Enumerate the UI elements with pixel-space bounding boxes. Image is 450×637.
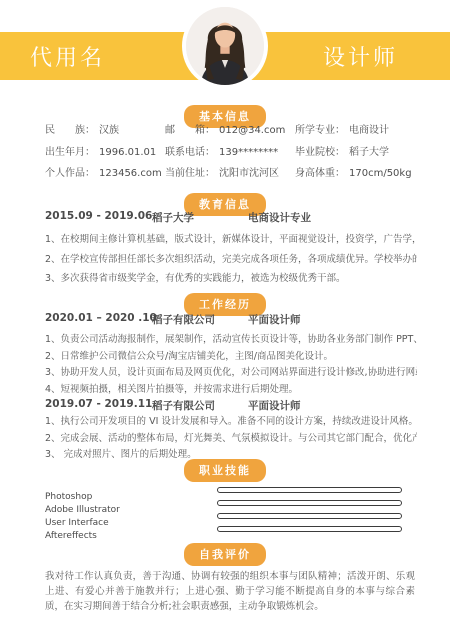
info-row-address: 当前住址：沈阳市沈河区 — [165, 164, 295, 186]
job2-header-row: 2019.07 - 2019.11 稻子有限公司 平面设计师 — [45, 398, 415, 413]
info-row-phone: 联系电话：139******** — [165, 143, 295, 165]
info-value: 汉族 — [99, 125, 119, 136]
job-detail-line: 3、协助开发人员，设计页面布局及网页优化，对公司网站界面进行设计修改,协助进行网… — [45, 364, 417, 381]
education-detail-line: 1、在校期间主修计算机基础，版式设计，新媒体设计，平面视觉设计，投资学，广告学，… — [45, 231, 417, 251]
section-badge-skills: 职业技能 — [184, 459, 266, 482]
skill-bar — [217, 500, 402, 506]
info-row-portfolio: 个人作品：123456.com — [45, 164, 165, 186]
info-colon: ： — [205, 121, 215, 136]
info-label: 所学专业 — [295, 121, 335, 136]
skill-row-aftereffects: Aftereffects — [45, 523, 405, 536]
job-detail-line: 2、完成会展、活动的整体布局，灯光舞美、气氛模拟设计。与公司其它部门配合，优化产… — [45, 430, 417, 447]
job1-header-row: 2020.01 – 2020 .10 稻子有限公司 平面设计师 — [45, 312, 415, 327]
info-colon: ： — [205, 143, 215, 158]
info-value: 012@34.com — [219, 125, 285, 136]
job-detail-line: 1、执行公司开发项目的 VI 设计发展和导入。准备不同的设计方案，持续改进设计风… — [45, 413, 417, 430]
info-colon: ： — [335, 164, 345, 179]
skill-bar — [217, 526, 402, 532]
portrait-illustration — [186, 7, 264, 85]
basic-info-column-3: 所学专业：电商设计 毕业院校：稻子大学 身高体重：170cm/50kg — [295, 121, 415, 186]
education-school: 稻子大学 — [152, 210, 248, 225]
skill-bar — [217, 487, 402, 493]
info-colon: ： — [205, 164, 215, 179]
education-detail-line: 2、在学校宣传部担任部长多次组织活动，完美完成各项任务，各项成绩优异。学校举办的… — [45, 251, 417, 271]
info-label: 民族 — [45, 121, 85, 136]
education-header-row: 2015.09 - 2019.06 稻子大学 电商设计专业 — [45, 210, 415, 225]
job-detail-line: 4、短视频拍摄，相关图片拍摄等，并按需求进行后期处理。 — [45, 381, 417, 398]
info-label: 毕业院校 — [295, 143, 335, 158]
job-detail-line: 1、负责公司活动海报制作，展架制作，活动宣传长页设计等，协助各业务部门制作 PP… — [45, 331, 417, 348]
job-title: 设计师 — [323, 41, 398, 72]
skill-bar — [217, 513, 402, 519]
portrait-photo — [182, 3, 268, 89]
skill-row-illustrator: Adobe Illustrator — [45, 497, 405, 510]
basic-info-column-2: 邮箱：012@34.com 联系电话：139******** 当前住址：沈阳市沈… — [165, 121, 295, 186]
info-label: 出生年月 — [45, 143, 85, 158]
basic-info-column-1: 民族：汉族 出生年月：1996.01.01 个人作品：123456.com — [45, 121, 165, 186]
resume-page: 代用名 设计师 基本信息 民族：汉族 出生年月：1996.01.01 个人作品：… — [0, 0, 450, 637]
info-value: 1996.01.01 — [99, 147, 156, 158]
job1-detail-list: 1、负责公司活动海报制作，展架制作，活动宣传长页设计等，协助各业务部门制作 PP… — [45, 331, 417, 397]
skill-row-photoshop: Photoshop — [45, 484, 405, 497]
info-value: 沈阳市沈河区 — [219, 168, 279, 179]
info-colon: ： — [335, 143, 345, 158]
skill-row-user-interface: User Interface — [45, 510, 405, 523]
info-label: 个人作品 — [45, 164, 85, 179]
job-detail-line: 2、日常维护公司微信公众号/淘宝店铺美化，主图/商品图美化设计。 — [45, 348, 417, 365]
info-colon: ： — [335, 121, 345, 136]
info-value: 稻子大学 — [349, 147, 389, 158]
info-label: 邮箱 — [165, 121, 205, 136]
info-row-ethnicity: 民族：汉族 — [45, 121, 165, 143]
self-evaluation-paragraph: 我对待工作认真负责，善于沟通、协调有较强的组织本事与团队精神；活泼开朗、乐观上进… — [45, 569, 415, 614]
job2-role: 平面设计师 — [248, 398, 415, 413]
section-badge-self-evaluation: 自我评价 — [184, 543, 266, 566]
education-major: 电商设计专业 — [248, 210, 415, 225]
info-colon: ： — [85, 164, 95, 179]
info-value: 139******** — [219, 147, 278, 158]
info-colon: ： — [85, 121, 95, 136]
education-detail-list: 1、在校期间主修计算机基础，版式设计，新媒体设计，平面视觉设计，投资学，广告学，… — [45, 231, 417, 290]
info-label: 联系电话 — [165, 143, 205, 158]
info-colon: ： — [85, 143, 95, 158]
job1-period: 2020.01 – 2020 .10 — [45, 312, 152, 327]
skills-list: Photoshop Adobe Illustrator User Interfa… — [45, 484, 405, 536]
info-row-height-weight: 身高体重：170cm/50kg — [295, 164, 415, 186]
info-value: 123456.com — [99, 168, 162, 179]
education-period: 2015.09 - 2019.06 — [45, 210, 152, 225]
job2-period: 2019.07 - 2019.11 — [45, 398, 152, 413]
skill-label: Aftereffects — [45, 531, 97, 541]
job2-detail-list: 1、执行公司开发项目的 VI 设计发展和导入。准备不同的设计方案，持续改进设计风… — [45, 413, 417, 463]
info-row-school: 毕业院校：稻子大学 — [295, 143, 415, 165]
info-value: 电商设计 — [349, 125, 389, 136]
info-row-birthdate: 出生年月：1996.01.01 — [45, 143, 165, 165]
education-detail-line: 3、多次获得省市级奖学金，有优秀的实践能力，被选为校级优秀干部。 — [45, 270, 417, 290]
job2-company: 稻子有限公司 — [152, 398, 248, 413]
info-label: 身高体重 — [295, 164, 335, 179]
info-row-major: 所学专业：电商设计 — [295, 121, 415, 143]
basic-info-grid: 民族：汉族 出生年月：1996.01.01 个人作品：123456.com 邮箱… — [45, 121, 415, 186]
info-label: 当前住址 — [165, 164, 205, 179]
candidate-name: 代用名 — [30, 41, 105, 72]
job1-company: 稻子有限公司 — [152, 312, 248, 327]
job1-role: 平面设计师 — [248, 312, 415, 327]
info-row-email: 邮箱：012@34.com — [165, 121, 295, 143]
info-value: 170cm/50kg — [349, 168, 412, 179]
